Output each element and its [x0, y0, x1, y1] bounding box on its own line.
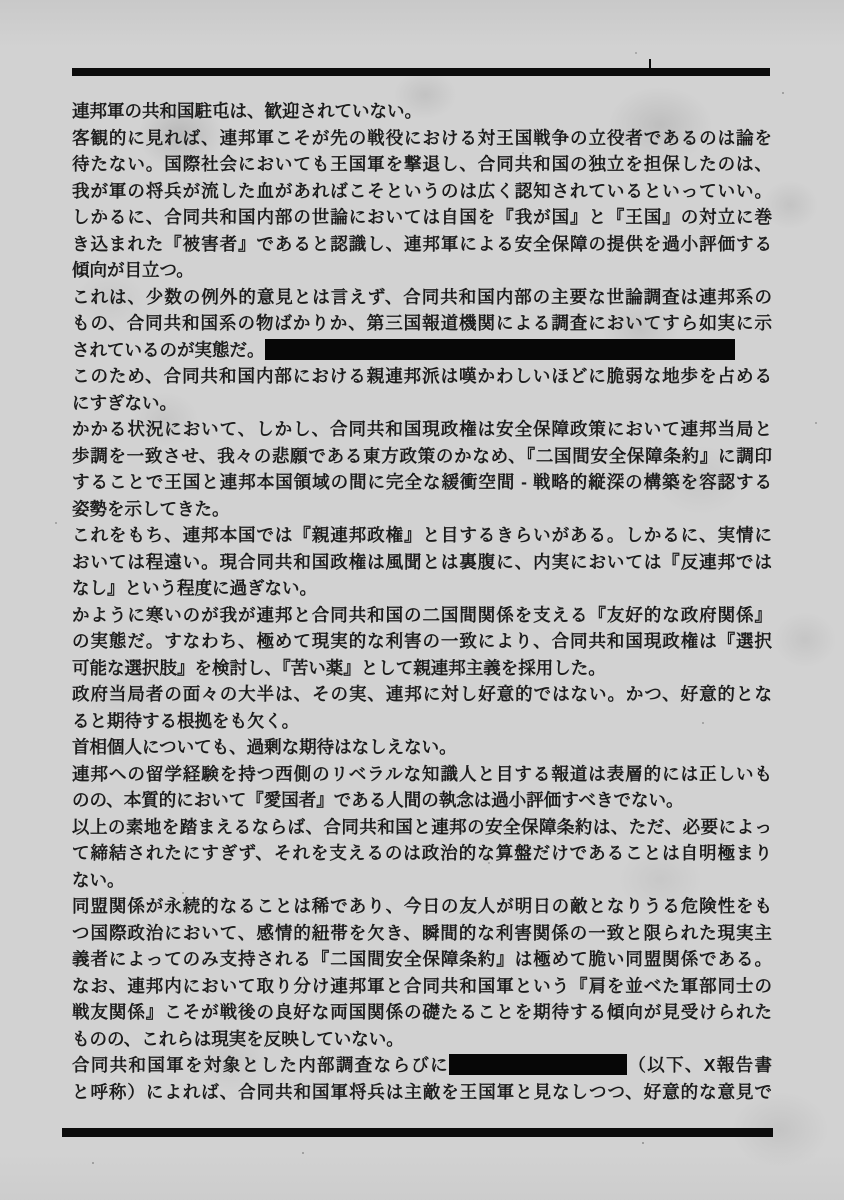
- text-run: 姿勢を示してきた。: [72, 499, 230, 519]
- text-line: の実態だ。すなわち、極めて現実的な利害の一致により、合同共和国現政権は『選択: [72, 628, 772, 655]
- text-run: ると期待する根拠をも欠く。: [72, 711, 299, 731]
- text-line: 連邦への留学経験を持つ西側のリベラルな知識人と目する報道は表層的には正しいも: [72, 761, 772, 788]
- text-line: 合同共和国軍を対象とした内部調査ならびに（以下、X報告書: [72, 1052, 772, 1079]
- text-run: 連邦への留学経験を持つ西側のリベラルな知識人と目する報道は表層的には正しいも: [72, 764, 772, 784]
- text-line: なお、連邦内において取り分け連邦軍と合同共和国軍という『肩を並べた軍部同士の: [72, 973, 772, 1000]
- text-run: 可能な選択肢』を検討し、『苦い薬』として親連邦主義を採用した。: [72, 658, 606, 678]
- text-line: と呼称）によれば、合同共和国軍将兵は主敵を王国軍と見なしつつ、好意的な意見で: [72, 1079, 772, 1106]
- text-run: なし』という程度に過ぎない。: [72, 578, 317, 598]
- text-run: 義者によってのみ支持される『二国間安全保障条約』は極めて脆い同盟関係である。: [72, 949, 772, 969]
- text-run: 首相個人についても、過剰な期待はなしえない。: [72, 737, 457, 757]
- text-run: と呼称）によれば、合同共和国軍将兵は主敵を王国軍と見なしつつ、好意的な意見で: [72, 1082, 772, 1102]
- text-run: されているのが実態だ。: [72, 340, 265, 360]
- text-line: しかるに、合同共和国内部の世論においては自国を『我が国』と『王国』の対立に巻: [72, 204, 772, 231]
- text-line: にすぎない。: [72, 390, 772, 417]
- text-line: 連邦軍の共和国駐屯は、歓迎されていない。: [72, 98, 772, 125]
- text-line: おいては程遠い。現合同共和国政権は風聞とは裏腹に、内実においては『反連邦では: [72, 549, 772, 576]
- text-run: 連邦軍の共和国駐屯は、歓迎されていない。: [72, 101, 422, 121]
- text-run: 以上の素地を踏まえるならば、合同共和国と連邦の安全保障条約は、ただ、必要によっ: [72, 817, 772, 837]
- text-run: 傾向が目立つ。: [72, 260, 194, 280]
- text-run: 客観的に見れば、連邦軍こそが先の戦役における対王国戦争の立役者であるのは論を: [72, 128, 772, 148]
- text-run: 合同共和国軍を対象とした内部調査ならびに: [72, 1055, 449, 1075]
- text-line: 首相個人についても、過剰な期待はなしえない。: [72, 734, 772, 761]
- text-line: つ国際政治において、感情的紐帯を欠き、瞬間的な利害関係の一致と限られた現実主: [72, 920, 772, 947]
- text-line: 同盟関係が永続的なることは稀であり、今日の友人が明日の敵となりうる危険性をも: [72, 893, 772, 920]
- text-run: 我が軍の将兵が流した血があればこそというのは広く認知されているといっていい。: [72, 181, 772, 201]
- text-run: これをもち、連邦本国では『親連邦政権』と目するきらいがある。しかるに、実情に: [72, 525, 772, 545]
- text-line: ると期待する根拠をも欠く。: [72, 708, 772, 735]
- text-line: このため、合同共和国内部における親連邦派は嘆かわしいほどに脆弱な地歩を占める: [72, 363, 772, 390]
- text-line: かように寒いのが我が連邦と合同共和国の二国間関係を支える『友好的な政府関係』: [72, 602, 772, 629]
- text-line: ものの、これらは現実を反映していない。: [72, 1026, 772, 1053]
- text-line: 客観的に見れば、連邦軍こそが先の戦役における対王国戦争の立役者であるのは論を: [72, 125, 772, 152]
- text-line: かかる状況において、しかし、合同共和国現政権は安全保障政策において連邦当局と: [72, 416, 772, 443]
- text-line: 以上の素地を踏まえるならば、合同共和国と連邦の安全保障条約は、ただ、必要によっ: [72, 814, 772, 841]
- text-run: き込まれた『被害者』であると認識し、連邦軍による安全保障の提供を過小評価する: [72, 234, 772, 254]
- text-run: 政府当局者の面々の大半は、その実、連邦に対し好意的ではない。かつ、好意的とな: [72, 684, 772, 704]
- text-line: これは、少数の例外的意見とは言えず、合同共和国内部の主要な世論調査は連邦系の: [72, 284, 772, 311]
- text-run: かように寒いのが我が連邦と合同共和国の二国間関係を支える『友好的な政府関係』: [72, 605, 772, 625]
- text-line: 待たない。国際社会においても王国軍を撃退し、合同共和国の独立を担保したのは、: [72, 151, 772, 178]
- text-line: き込まれた『被害者』であると認識し、連邦軍による安全保障の提供を過小評価する: [72, 231, 772, 258]
- text-run: することで王国と連邦本国領域の間に完全な緩衝空間 - 戦略的縦深の構築を容認する: [72, 472, 772, 492]
- text-line: 歩調を一致させ、我々の悲願である東方政策のかなめ、『二国間安全保障条約』に調印: [72, 443, 772, 470]
- text-run: にすぎない。: [72, 393, 177, 413]
- text-run: （以下、X報告書: [627, 1055, 772, 1075]
- text-line: もの、合同共和国系の物ばかりか、第三国報道機関による調査においてすら如実に示: [72, 310, 772, 337]
- redaction-bar: [449, 1054, 627, 1075]
- text-line: 我が軍の将兵が流した血があればこそというのは広く認知されているといっていい。: [72, 178, 772, 205]
- text-run: このため、合同共和国内部における親連邦派は嘆かわしいほどに脆弱な地歩を占める: [72, 366, 772, 386]
- top-rule: [72, 68, 770, 76]
- body-text: 連邦軍の共和国駐屯は、歓迎されていない。客観的に見れば、連邦軍こそが先の戦役にお…: [72, 98, 772, 1105]
- text-run: しかるに、合同共和国内部の世論においては自国を『我が国』と『王国』の対立に巻: [72, 207, 772, 227]
- text-run: つ国際政治において、感情的紐帯を欠き、瞬間的な利害関係の一致と限られた現実主: [72, 923, 772, 943]
- paper-speckles: [0, 0, 2, 2]
- text-line: 姿勢を示してきた。: [72, 496, 772, 523]
- bottom-rule: [62, 1128, 773, 1137]
- text-run: の実態だ。すなわち、極めて現実的な利害の一致により、合同共和国現政権は『選択: [72, 631, 772, 651]
- text-run: て締結されたにすぎず、それを支えるのは政治的な算盤だけであることは自明極まり: [72, 843, 772, 863]
- text-line: 義者によってのみ支持される『二国間安全保障条約』は極めて脆い同盟関係である。: [72, 946, 772, 973]
- text-line: これをもち、連邦本国では『親連邦政権』と目するきらいがある。しかるに、実情に: [72, 522, 772, 549]
- redaction-bar: [265, 339, 735, 360]
- text-run: これは、少数の例外的意見とは言えず、合同共和国内部の主要な世論調査は連邦系の: [72, 287, 772, 307]
- text-run: もの、合同共和国系の物ばかりか、第三国報道機関による調査においてすら如実に示: [72, 313, 772, 333]
- text-line: 可能な選択肢』を検討し、『苦い薬』として親連邦主義を採用した。: [72, 655, 772, 682]
- registration-tick: [649, 59, 651, 68]
- text-run: 待たない。国際社会においても王国軍を撃退し、合同共和国の独立を担保したのは、: [72, 154, 772, 174]
- text-line: されているのが実態だ。: [72, 337, 772, 364]
- text-run: ない。: [72, 870, 125, 890]
- text-line: のの、本質的において『愛国者』である人間の執念は過小評価すべきでない。: [72, 787, 772, 814]
- text-run: かかる状況において、しかし、合同共和国現政権は安全保障政策において連邦当局と: [72, 419, 772, 439]
- text-line: なし』という程度に過ぎない。: [72, 575, 772, 602]
- text-line: て締結されたにすぎず、それを支えるのは政治的な算盤だけであることは自明極まり: [72, 840, 772, 867]
- scanned-page: 連邦軍の共和国駐屯は、歓迎されていない。客観的に見れば、連邦軍こそが先の戦役にお…: [0, 0, 844, 1200]
- text-run: 戦友関係』こそが戦後の良好な両国関係の礎たることを期待する傾向が見受けられた: [72, 1002, 772, 1022]
- text-run: のの、本質的において『愛国者』である人間の執念は過小評価すべきでない。: [72, 790, 683, 810]
- text-run: ものの、これらは現実を反映していない。: [72, 1029, 404, 1049]
- text-line: 戦友関係』こそが戦後の良好な両国関係の礎たることを期待する傾向が見受けられた: [72, 999, 772, 1026]
- text-run: なお、連邦内において取り分け連邦軍と合同共和国軍という『肩を並べた軍部同士の: [72, 976, 772, 996]
- text-line: 政府当局者の面々の大半は、その実、連邦に対し好意的ではない。かつ、好意的とな: [72, 681, 772, 708]
- text-line: 傾向が目立つ。: [72, 257, 772, 284]
- text-run: 歩調を一致させ、我々の悲願である東方政策のかなめ、『二国間安全保障条約』に調印: [72, 446, 772, 466]
- text-run: 同盟関係が永続的なることは稀であり、今日の友人が明日の敵となりうる危険性をも: [72, 896, 772, 916]
- text-run: おいては程遠い。現合同共和国政権は風聞とは裏腹に、内実においては『反連邦では: [72, 552, 772, 572]
- text-line: することで王国と連邦本国領域の間に完全な緩衝空間 - 戦略的縦深の構築を容認する: [72, 469, 772, 496]
- text-line: ない。: [72, 867, 772, 894]
